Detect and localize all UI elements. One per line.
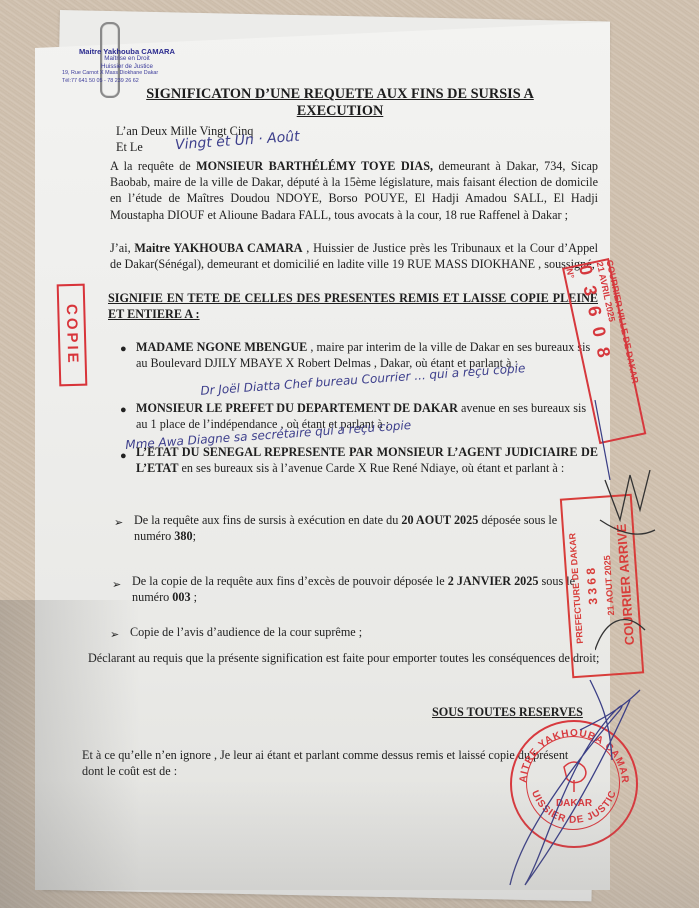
item-number: 003 — [172, 590, 190, 604]
bullet-icon: ● — [120, 343, 127, 355]
item-text: De la requête aux fins de sursis à exécu… — [134, 513, 401, 527]
document-title: SIGNIFICATON D’UNE REQUETE AUX FINS DE S… — [60, 86, 620, 120]
svg-text:MAITRE YAKHOUBA CAMARA: MAITRE YAKHOUBA CAMARA — [512, 722, 630, 784]
seal-text-ring: MAITRE YAKHOUBA CAMARA HUISSIER DE JUSTI… — [512, 722, 636, 846]
title-line1: SIGNIFICATON D’UNE REQUETE AUX FINS DE S… — [60, 86, 620, 103]
item-number: 380 — [174, 529, 192, 543]
arrow-bullet-icon: ➢ — [110, 628, 119, 641]
huissier-name: Maitre YAKHOUBA CAMARA — [134, 241, 302, 255]
item-text: ; — [191, 590, 197, 604]
item-text: ; — [193, 529, 196, 543]
title-line2: EXECUTION — [60, 103, 620, 120]
sous-toutes-reserves: SOUS TOUTES RESERVES — [432, 704, 583, 720]
copie-stamp: COPIE — [57, 284, 88, 387]
item-2: De la copie de la requête aux fins d’exc… — [132, 573, 590, 605]
recipient-body: en ses bureaux sis à l’avenue Carde X Ru… — [178, 461, 564, 475]
recipient-3: L’ETAT DU SENEGAL REPRESENTE PAR MONSIEU… — [136, 444, 598, 476]
courrier-arrive-stamp: COURRIER ARRIVÉ 21 AOUT 2025 3 3 6 8 PRE… — [560, 494, 644, 679]
item-3: Copie de l’avis d’audience de la cour su… — [130, 624, 588, 640]
requete-prefix: A la requête de — [110, 159, 196, 173]
letterhead: Maitre Yakhouba CAMARA Maîtrise en Droit… — [62, 48, 192, 85]
recipient-name: MONSIEUR LE PREFET DU DEPARTEMENT DE DAK… — [136, 401, 458, 415]
et-le-label: Et Le — [116, 139, 143, 155]
letterhead-name: Maitre Yakhouba CAMARA — [62, 48, 192, 55]
requerant-name: MONSIEUR BARTHÉLÉMY TOYE DIAS, — [196, 159, 433, 173]
letterhead-line2: Huissier de Justice — [62, 63, 192, 70]
arrow-bullet-icon: ➢ — [112, 578, 121, 591]
bullet-icon: ● — [120, 404, 127, 416]
item-date: 2 JANVIER 2025 — [448, 574, 539, 588]
item-text: De la copie de la requête aux fins d’exc… — [132, 574, 448, 588]
item-1: De la requête aux fins de sursis à exécu… — [134, 512, 589, 544]
letterhead-line1: Maîtrise en Droit — [62, 55, 192, 62]
declarant-paragraph: Déclarant au requis que la présente sign… — [88, 650, 606, 666]
recipient-name: MADAME NGONE MBENGUE — [136, 340, 307, 354]
svg-text:DAKAR: DAKAR — [556, 798, 593, 809]
bullet-icon: ● — [120, 450, 127, 462]
item-text: Copie de l’avis d’audience de la cour su… — [130, 625, 362, 639]
signifie-heading: SIGNIFIE EN TETE DE CELLES DES PRESENTES… — [108, 290, 598, 322]
arrow-bullet-icon: ➢ — [114, 516, 123, 529]
letterhead-phone: Tél:77 641 50 05 - 78 239 26 62 — [62, 78, 192, 85]
huissier-seal: MAITRE YAKHOUBA CAMARA HUISSIER DE JUSTI… — [510, 720, 638, 848]
huissier-paragraph: J’ai, Maitre YAKHOUBA CAMARA , Huissier … — [110, 240, 598, 272]
huissier-prefix: J’ai, — [110, 241, 134, 255]
requete-paragraph: A la requête de MONSIEUR BARTHÉLÉMY TOYE… — [110, 158, 598, 223]
item-date: 20 AOUT 2025 — [401, 513, 478, 527]
letterhead-address: 19, Rue Carnot X Mass Diokhane Dakar — [62, 70, 192, 77]
